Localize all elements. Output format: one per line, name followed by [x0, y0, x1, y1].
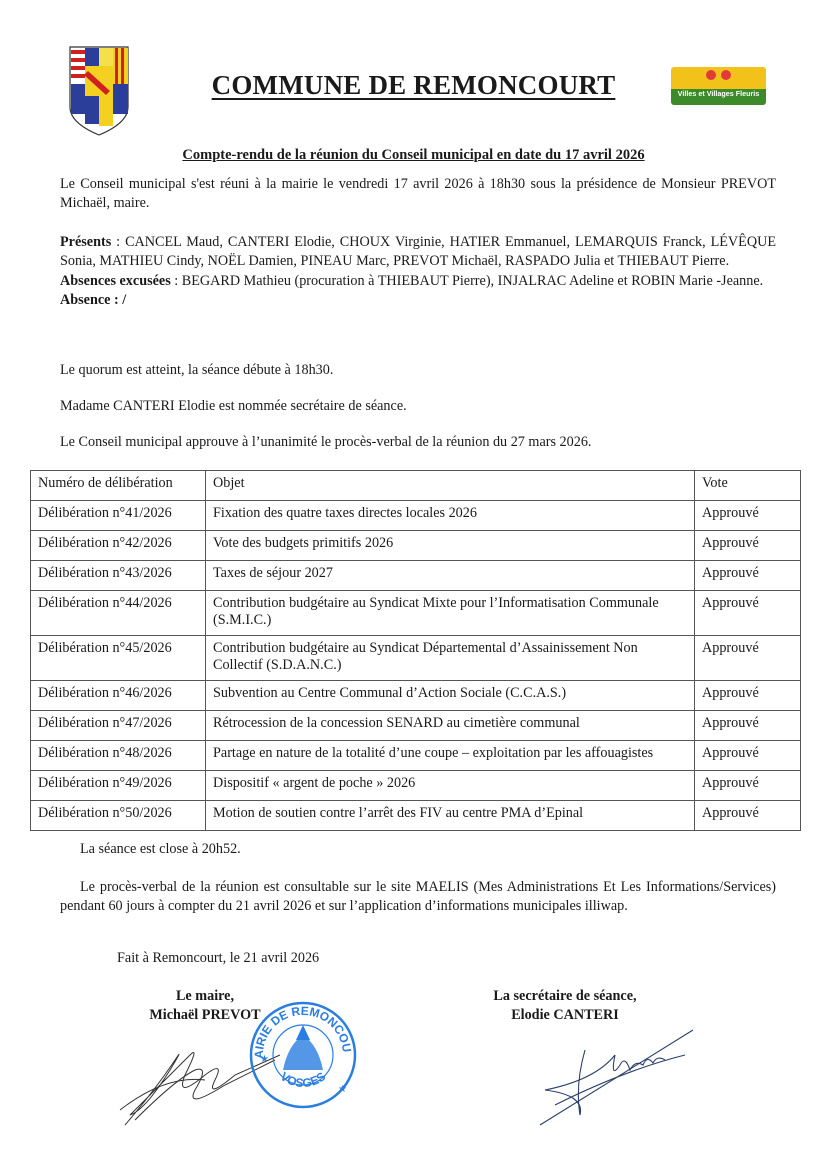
excused-label: Absences excusées: [60, 273, 171, 289]
table-row: Délibération n°42/2026Vote des budgets p…: [31, 531, 801, 561]
deliberation-vote: Approuvé: [695, 771, 801, 801]
deliberation-number: Délibération n°48/2026: [31, 741, 206, 771]
deliberation-vote: Approuvé: [695, 561, 801, 591]
table-row: Délibération n°50/2026Motion de soutien …: [31, 801, 801, 831]
deliberations-table: Numéro de délibération Objet Vote Délibé…: [30, 470, 801, 831]
quorum-text: Le quorum est atteint, la séance débute …: [60, 361, 776, 380]
header-vote: Vote: [695, 471, 801, 501]
header-number: Numéro de délibération: [31, 471, 206, 501]
deliberation-object: Fixation des quatre taxes directes local…: [206, 501, 695, 531]
excused-names: : BEGARD Mathieu (procuration à THIEBAUT…: [171, 273, 763, 289]
deliberation-vote: Approuvé: [695, 711, 801, 741]
table-row: Délibération n°49/2026Dispositif « argen…: [31, 771, 801, 801]
absent-line: Absence : /: [60, 291, 776, 310]
table-header-row: Numéro de délibération Objet Vote: [31, 471, 801, 501]
deliberation-object: Vote des budgets primitifs 2026: [206, 531, 695, 561]
deliberation-vote: Approuvé: [695, 741, 801, 771]
deliberation-number: Délibération n°49/2026: [31, 771, 206, 801]
deliberation-number: Délibération n°50/2026: [31, 801, 206, 831]
svg-text:VOSGES: VOSGES: [278, 1069, 328, 1090]
deliberation-vote: Approuvé: [695, 501, 801, 531]
logo-text: Villes et Villages Fleuris: [671, 89, 766, 99]
table-row: Délibération n°41/2026Fixation des quatr…: [31, 501, 801, 531]
deliberation-object: Partage en nature de la totalité d’une c…: [206, 741, 695, 771]
deliberation-vote: Approuvé: [695, 801, 801, 831]
document-subtitle: Compte-rendu de la réunion du Conseil mu…: [0, 147, 827, 164]
table-row: Délibération n°44/2026Contribution budgé…: [31, 591, 801, 636]
present-label: Présents: [60, 234, 111, 250]
secretary-name: Elodie CANTERI: [470, 1006, 660, 1025]
table-row: Délibération n°48/2026Partage en nature …: [31, 741, 801, 771]
deliberation-object: Taxes de séjour 2027: [206, 561, 695, 591]
table-row: Délibération n°45/2026Contribution budgé…: [31, 636, 801, 681]
deliberation-number: Délibération n°42/2026: [31, 531, 206, 561]
deliberation-number: Délibération n°43/2026: [31, 561, 206, 591]
deliberation-vote: Approuvé: [695, 636, 801, 681]
svg-text:★: ★: [338, 1084, 347, 1095]
intro-paragraph: Le Conseil municipal s'est réuni à la ma…: [60, 175, 776, 214]
excused-list: Absences excusées : BEGARD Mathieu (proc…: [60, 272, 776, 291]
absent-label: Absence : /: [60, 292, 126, 308]
villes-et-villages-fleuris-logo: Villes et Villages Fleuris: [671, 67, 766, 105]
deliberation-number: Délibération n°45/2026: [31, 636, 206, 681]
place-date: Fait à Remoncourt, le 21 avril 2026: [117, 949, 617, 968]
deliberation-vote: Approuvé: [695, 591, 801, 636]
stamp-bottom-text: VOSGES: [278, 1069, 328, 1090]
svg-text:★: ★: [260, 1054, 269, 1065]
deliberation-object: Rétrocession de la concession SENARD au …: [206, 711, 695, 741]
table-row: Délibération n°46/2026Subvention au Cent…: [31, 681, 801, 711]
deliberation-object: Contribution budgétaire au Syndicat Mixt…: [206, 591, 695, 636]
deliberation-object: Subvention au Centre Communal d’Action S…: [206, 681, 695, 711]
table-row: Délibération n°43/2026Taxes de séjour 20…: [31, 561, 801, 591]
approval-text: Le Conseil municipal approuve à l’unanim…: [60, 433, 776, 452]
secretary-signature-icon: [535, 1025, 695, 1130]
table-row: Délibération n°47/2026Rétrocession de la…: [31, 711, 801, 741]
deliberation-object: Motion de soutien contre l’arrêt des FIV…: [206, 801, 695, 831]
header-object: Objet: [206, 471, 695, 501]
present-list: Présents : CANCEL Maud, CANTERI Elodie, …: [60, 233, 776, 272]
deliberation-number: Délibération n°46/2026: [31, 681, 206, 711]
closing-text: La séance est close à 20h52.: [80, 840, 776, 859]
publication-text: Le procès-verbal de la réunion est consu…: [60, 878, 776, 917]
deliberation-vote: Approuvé: [695, 531, 801, 561]
deliberation-number: Délibération n°47/2026: [31, 711, 206, 741]
flower-icon: [721, 70, 731, 80]
attendance-block: Présents : CANCEL Maud, CANTERI Elodie, …: [60, 233, 776, 310]
flower-icon: [706, 70, 716, 80]
secretary-signature-label: La secrétaire de séance, Elodie CANTERI: [470, 987, 660, 1025]
deliberation-number: Délibération n°44/2026: [31, 591, 206, 636]
deliberation-object: Contribution budgétaire au Syndicat Dépa…: [206, 636, 695, 681]
mairie-stamp-icon: MAIRIE DE REMONCOURT VOSGES ★ ★: [248, 1000, 358, 1110]
secretary-title: La secrétaire de séance,: [470, 987, 660, 1006]
present-names: : CANCEL Maud, CANTERI Elodie, CHOUX Vir…: [60, 234, 776, 269]
secretary-text: Madame CANTERI Elodie est nommée secréta…: [60, 397, 776, 416]
deliberation-number: Délibération n°41/2026: [31, 501, 206, 531]
deliberation-vote: Approuvé: [695, 681, 801, 711]
deliberation-object: Dispositif « argent de poche » 2026: [206, 771, 695, 801]
